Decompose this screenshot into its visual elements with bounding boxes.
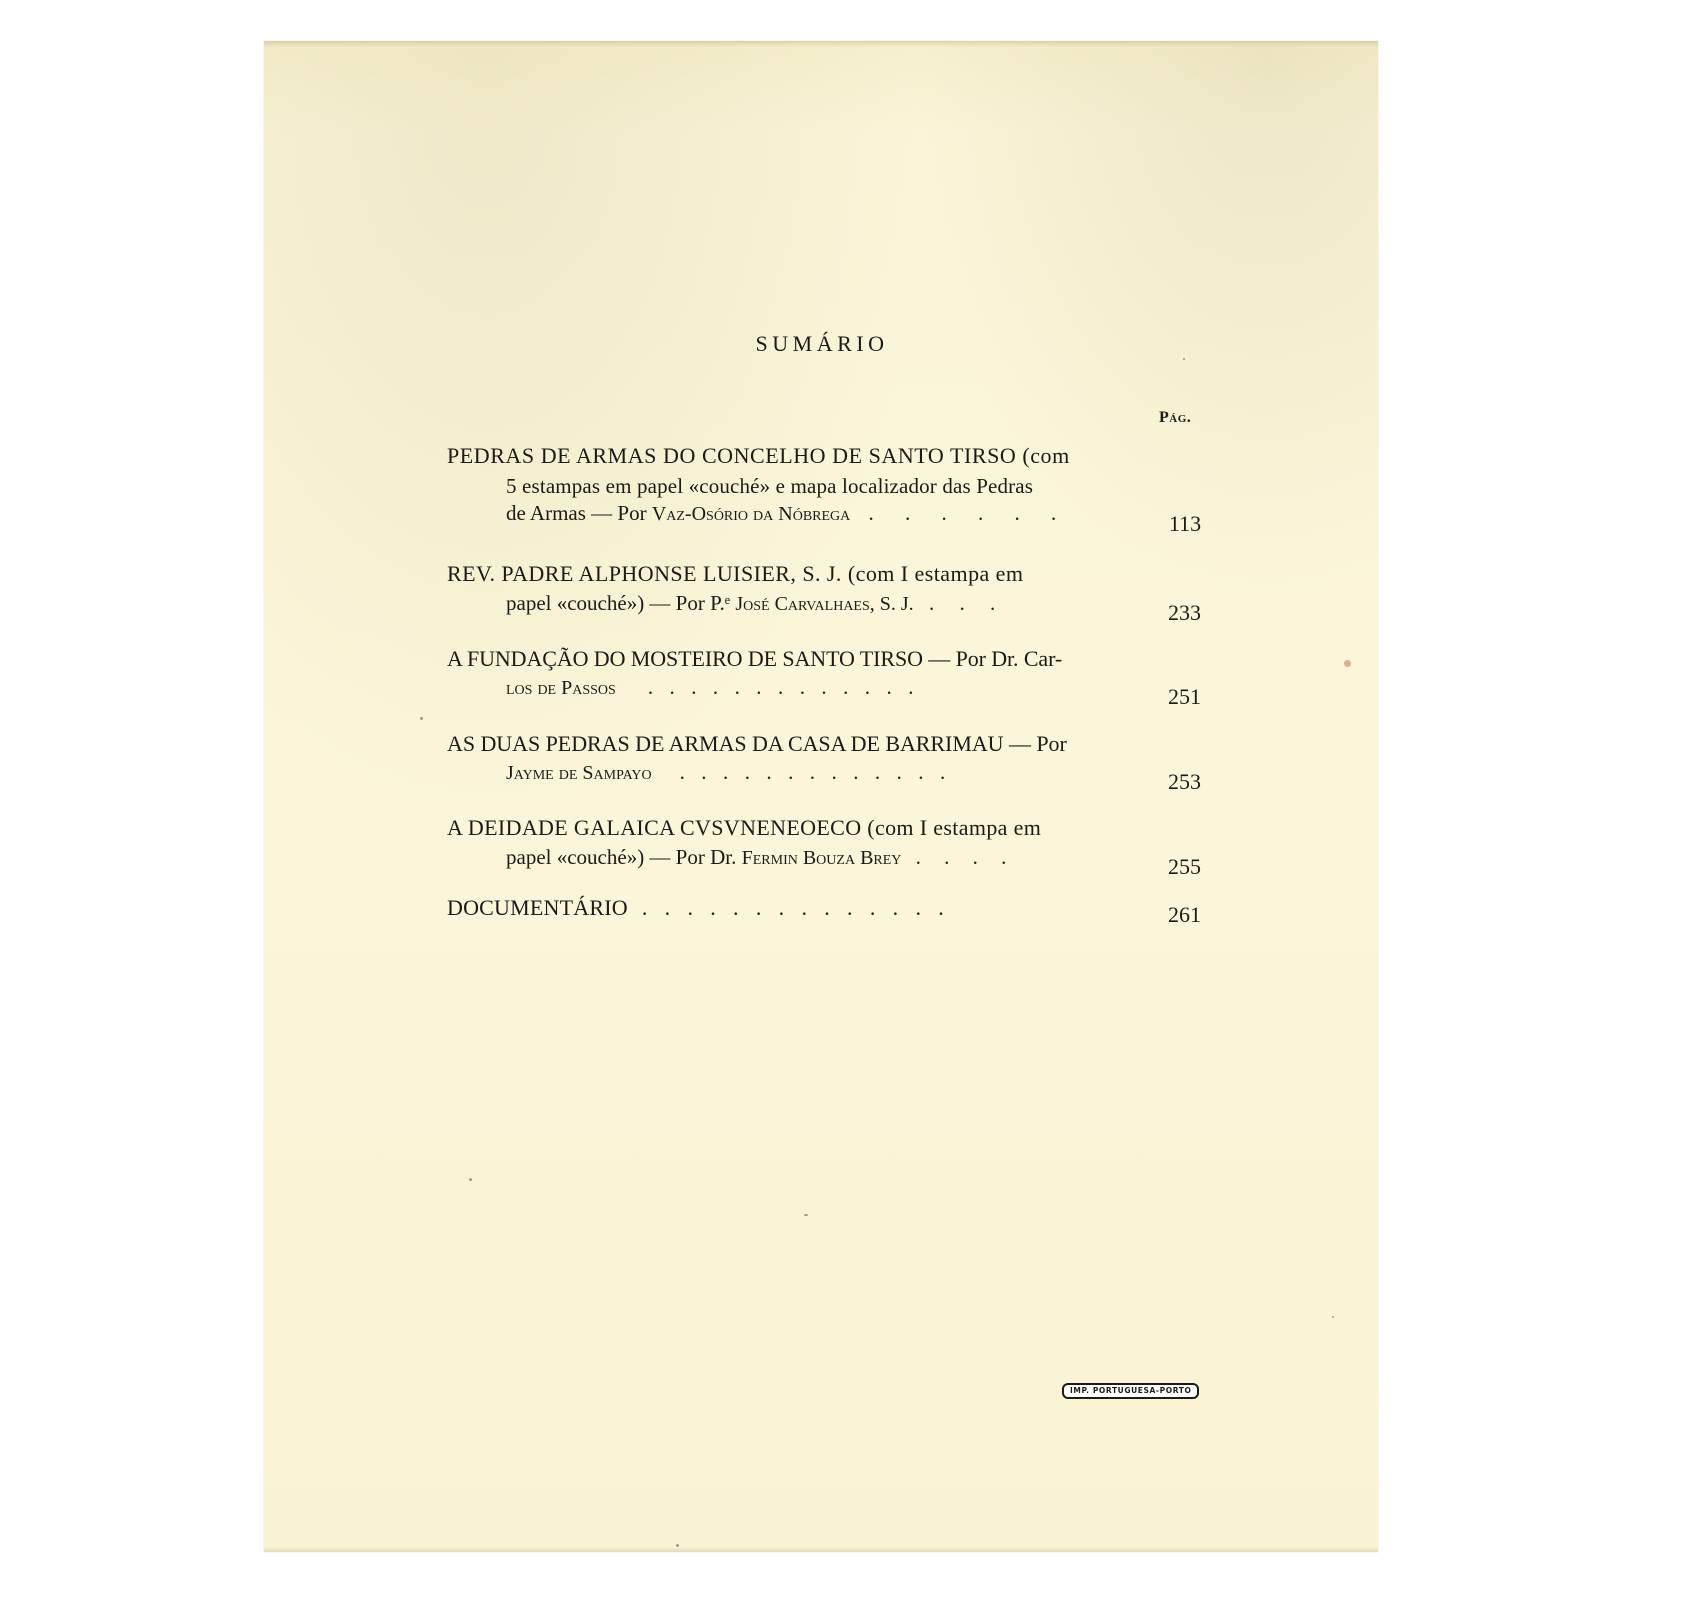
paper-speck bbox=[1183, 358, 1185, 360]
toc-entry-byline: de Armas — Por Vaz-Osório da Nóbrega . .… bbox=[506, 503, 1069, 524]
toc-entry-title-line: AS DUAS PEDRAS DE ARMAS DA CASA DE BARRI… bbox=[447, 733, 1067, 755]
dot-leader: . . . . . . . . . . . . . . bbox=[642, 895, 950, 920]
printer-mark: IMP. PORTUGUESA-PORTO bbox=[1062, 1383, 1199, 1399]
page-title: SUMÁRIO bbox=[752, 331, 892, 357]
toc-entry-author: Fermin Bouza Brey bbox=[742, 847, 902, 869]
toc-entry-page-number: 255 bbox=[1168, 856, 1201, 878]
toc-entry-title-line: A DEIDADE GALAICA CVSVNENEOECO (com I es… bbox=[447, 817, 1041, 839]
scanned-page bbox=[264, 41, 1378, 1552]
dot-leader: . . . . . . bbox=[850, 501, 1069, 525]
dot-leader: . . . . . . . . . . . . . bbox=[680, 760, 951, 784]
paper-speck bbox=[1332, 1316, 1334, 1318]
toc-entry-title-line: REV. PADRE ALPHONSE LUISIER, S. J. (com … bbox=[447, 563, 1023, 585]
toc-entry-byline: papel «couché») — Por P.ᵉ José Carvalhae… bbox=[506, 593, 1005, 614]
paper-speck bbox=[676, 1544, 679, 1547]
paper-speck bbox=[420, 717, 423, 720]
paper-speck bbox=[804, 1214, 808, 1216]
toc-entry-author: los de Passos bbox=[506, 677, 616, 699]
toc-entry-author: Jayme de Sampayo bbox=[506, 762, 652, 784]
toc-entry-byline: papel «couché») — Por Dr. Fermin Bouza B… bbox=[506, 847, 1015, 868]
page-top-edge bbox=[264, 41, 1378, 47]
dot-leader: . . . . bbox=[901, 845, 1015, 869]
toc-entry-page-number: 251 bbox=[1168, 686, 1201, 708]
toc-entry-title-line: A FUNDAÇÃO DO MOSTEIRO DE SANTO TIRSO — … bbox=[447, 648, 1062, 670]
dot-leader: . . . bbox=[914, 591, 1006, 615]
toc-entry-page-number: 233 bbox=[1168, 602, 1201, 624]
toc-entry-title: DOCUMENTÁRIO bbox=[447, 895, 628, 920]
paper-speck bbox=[469, 1178, 472, 1181]
paper-stain bbox=[1344, 660, 1351, 667]
toc-entry-byline: Jayme de Sampayo. . . . . . . . . . . . … bbox=[506, 762, 951, 783]
toc-entry-page-number: 261 bbox=[1168, 904, 1201, 926]
toc-entry-detail-line: 5 estampas em papel «couché» e mapa loca… bbox=[506, 476, 1033, 497]
toc-entry-page-number: 113 bbox=[1169, 513, 1201, 535]
toc-entry-page-number: 253 bbox=[1168, 771, 1201, 793]
toc-entry-title-line: DOCUMENTÁRIO. . . . . . . . . . . . . . bbox=[447, 897, 950, 919]
toc-entry-author: José Carvalhaes, S. J. bbox=[735, 593, 913, 615]
dot-leader: . . . . . . . . . . . . . bbox=[648, 675, 919, 699]
toc-entry-author: Vaz-Osório da Nóbrega bbox=[652, 503, 850, 525]
page-bottom-edge bbox=[264, 1547, 1378, 1552]
toc-entry-title-line: PEDRAS DE ARMAS DO CONCELHO DE SANTO TIR… bbox=[447, 445, 1070, 467]
page-column-header: Pág. bbox=[1159, 409, 1191, 427]
byline-prefix: papel «couché») — Por P.ᵉ bbox=[506, 591, 735, 615]
byline-prefix: de Armas — Por bbox=[506, 501, 652, 525]
byline-prefix: papel «couché») — Por Dr. bbox=[506, 845, 742, 869]
toc-entry-byline: los de Passos. . . . . . . . . . . . . bbox=[506, 677, 919, 698]
